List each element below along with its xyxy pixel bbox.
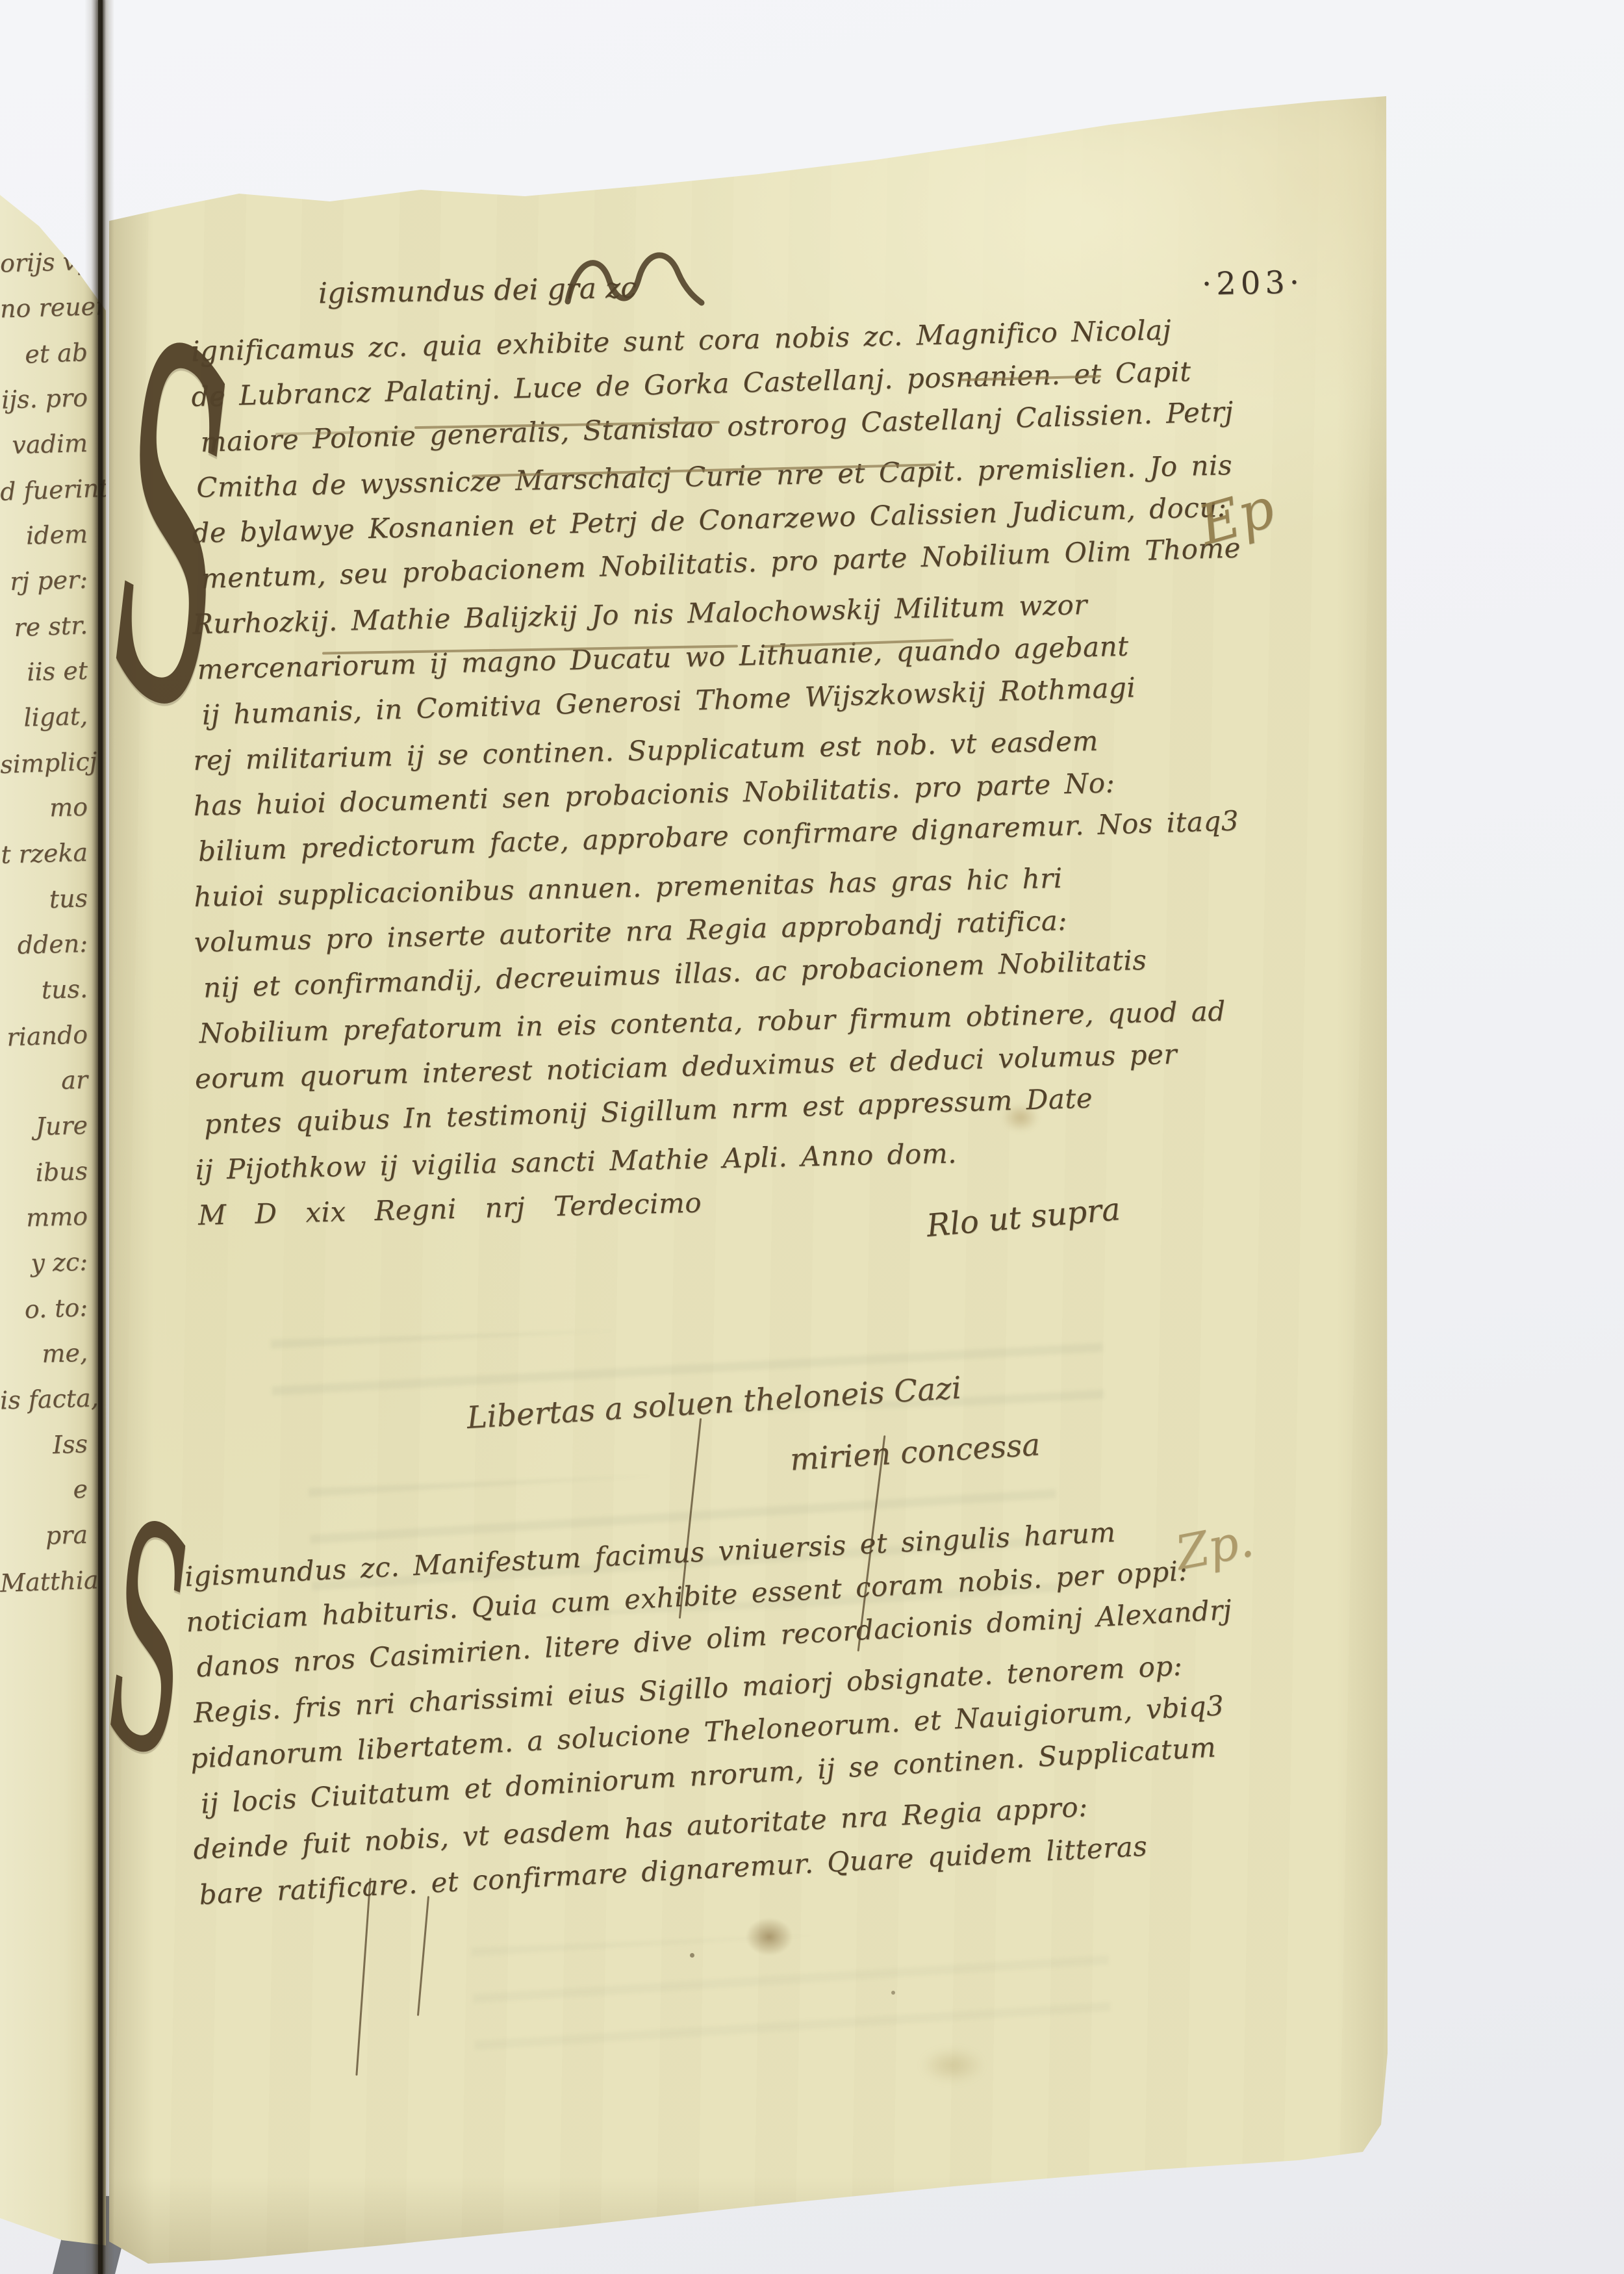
document2-body: igismundus zc. Manifestum facimus vniuer… bbox=[184, 1523, 1196, 1918]
ink-speck bbox=[690, 1953, 694, 1958]
facing-page-fragment: o. to: bbox=[0, 1284, 107, 1333]
facing-page-fragment: pra bbox=[0, 1511, 107, 1560]
facing-page-text-column: orijs vpo no reuersus et ab ijs. pro vad… bbox=[0, 238, 106, 1602]
facing-page-fragment: t rzeka bbox=[0, 829, 107, 878]
facing-page-fragment: re str. bbox=[0, 602, 107, 651]
facing-page-sliver: orijs vpo no reuersus et ab ijs. pro vad… bbox=[0, 187, 106, 2245]
manuscript-page: ·203· S igismundus dei gra zc ignificamu… bbox=[109, 91, 1388, 2264]
facing-page-fragment: et ab bbox=[0, 329, 107, 378]
document1-body: ignificamus zc. quia exhibite sunt cora … bbox=[191, 324, 1189, 1238]
facing-page-fragment: vadim bbox=[0, 420, 107, 468]
margin-mark: Ep bbox=[1192, 476, 1282, 557]
facing-page-fragment: tus bbox=[0, 875, 107, 924]
facing-page-fragment: riando bbox=[0, 1011, 107, 1060]
parchment-stain bbox=[921, 2048, 983, 2083]
facing-page-fragment: Iss bbox=[0, 1420, 107, 1470]
facing-page-fragment: me, bbox=[0, 1329, 107, 1378]
verso-show-through bbox=[472, 1925, 1111, 2051]
facing-page-fragment: Jure bbox=[0, 1102, 107, 1151]
facing-page-fragment: Matthia bbox=[0, 1557, 107, 1606]
facing-page-fragment: y zc: bbox=[0, 1238, 107, 1287]
folio-number: ·203· bbox=[1202, 264, 1304, 303]
facing-page-fragment: dden: bbox=[0, 920, 107, 969]
section-title-line1: Libertas a soluen theloneis Cazi bbox=[466, 1370, 962, 1436]
facing-page-fragment: tus. bbox=[0, 965, 107, 1014]
decorated-initial-S: S bbox=[105, 1474, 192, 1812]
facing-page-fragment: e bbox=[0, 1466, 107, 1514]
facing-page-fragment: simplicj bbox=[0, 738, 107, 787]
scanned-manuscript: { "scan": { "folio_number": "\u00b7203\u… bbox=[0, 0, 1624, 2274]
facing-page-fragment: rj per: bbox=[0, 556, 107, 605]
facing-page-fragment: ligat, bbox=[0, 693, 107, 741]
ink-stain bbox=[746, 1918, 793, 1956]
facing-page-fragment: orijs vpo bbox=[0, 238, 107, 287]
pen-flourish-icon bbox=[563, 242, 705, 326]
facing-page-fragment: ibus bbox=[0, 1147, 107, 1197]
facing-page-fragment: mmo bbox=[0, 1193, 107, 1242]
facing-page-fragment: no reuersus bbox=[0, 283, 107, 332]
facing-page-fragment: idem bbox=[0, 511, 107, 559]
facing-page-fragment: d fuerint het, bbox=[0, 465, 107, 515]
binding-gutter-line bbox=[98, 0, 103, 2274]
facing-page-fragment: is facta, bbox=[0, 1375, 107, 1424]
facing-page-fragment: iis et bbox=[0, 647, 107, 696]
facing-page-fragment: mo bbox=[0, 784, 107, 832]
pen-descender-stroke bbox=[417, 1896, 429, 2016]
ink-speck bbox=[891, 1991, 895, 1995]
facing-page-fragment: ar bbox=[0, 1056, 107, 1105]
facing-page-fragment: ijs. pro bbox=[0, 374, 107, 423]
section-title-line2: mirien concessa bbox=[789, 1427, 1041, 1477]
